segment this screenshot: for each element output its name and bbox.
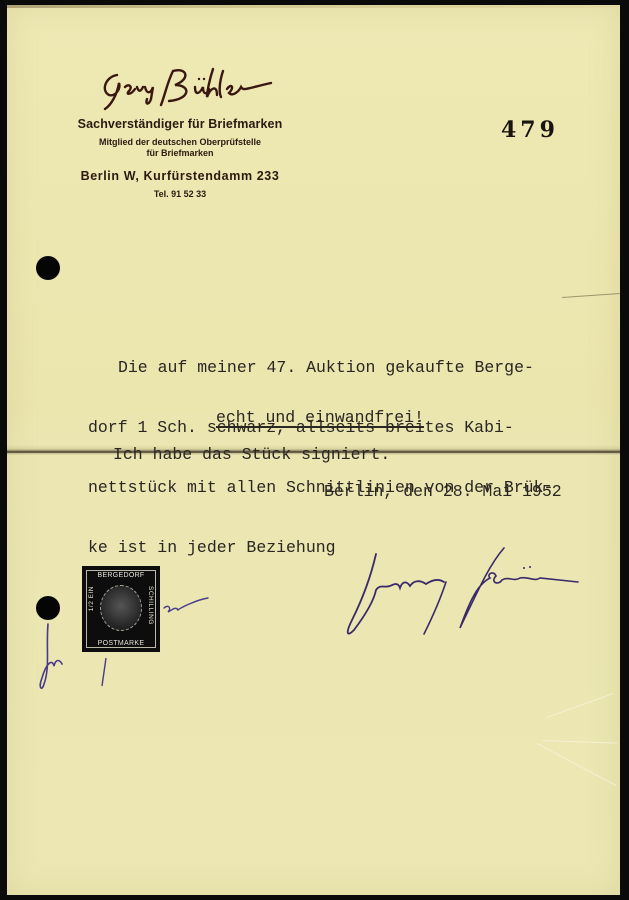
letterhead-telephone: Tel. 91 52 33 [65,189,295,199]
script-logo-icon [95,65,275,111]
main-signature-icon [340,540,590,650]
letterhead-address: Berlin W, Kurfürstendamm 233 [65,169,295,183]
document-number: 479 [501,117,559,143]
verdict-text: echt und einwandfrei! [216,408,424,428]
paper-crease [537,743,617,786]
letterhead-membership: Mitglied der deutschen Oberprüfstelle fü… [65,137,295,159]
stamp-top-text: BERGEDORF [92,572,150,579]
punch-hole-top [36,256,60,280]
letterhead: Sachverständiger für Briefmarken Mitglie… [65,65,295,199]
membership-line-1: Mitglied der deutschen Oberprüfstelle [65,137,295,148]
body-line: Die auf meiner 47. Auktion gekaufte Berg… [118,358,553,378]
dateline: Berlin, den 28. Mai 1952 [324,482,562,502]
paper-crease [542,740,617,744]
letterhead-script-signature [65,65,295,111]
paper-top-edge [7,5,620,8]
membership-line-2: für Briefmarken [65,148,295,159]
paper-crease [547,693,613,718]
signed-note: Ich habe das Stück signiert. [113,445,390,465]
letterhead-title: Sachverständiger für Briefmarken [65,117,295,131]
paper-crease [562,293,620,298]
stamp-signature-icon [36,588,216,698]
